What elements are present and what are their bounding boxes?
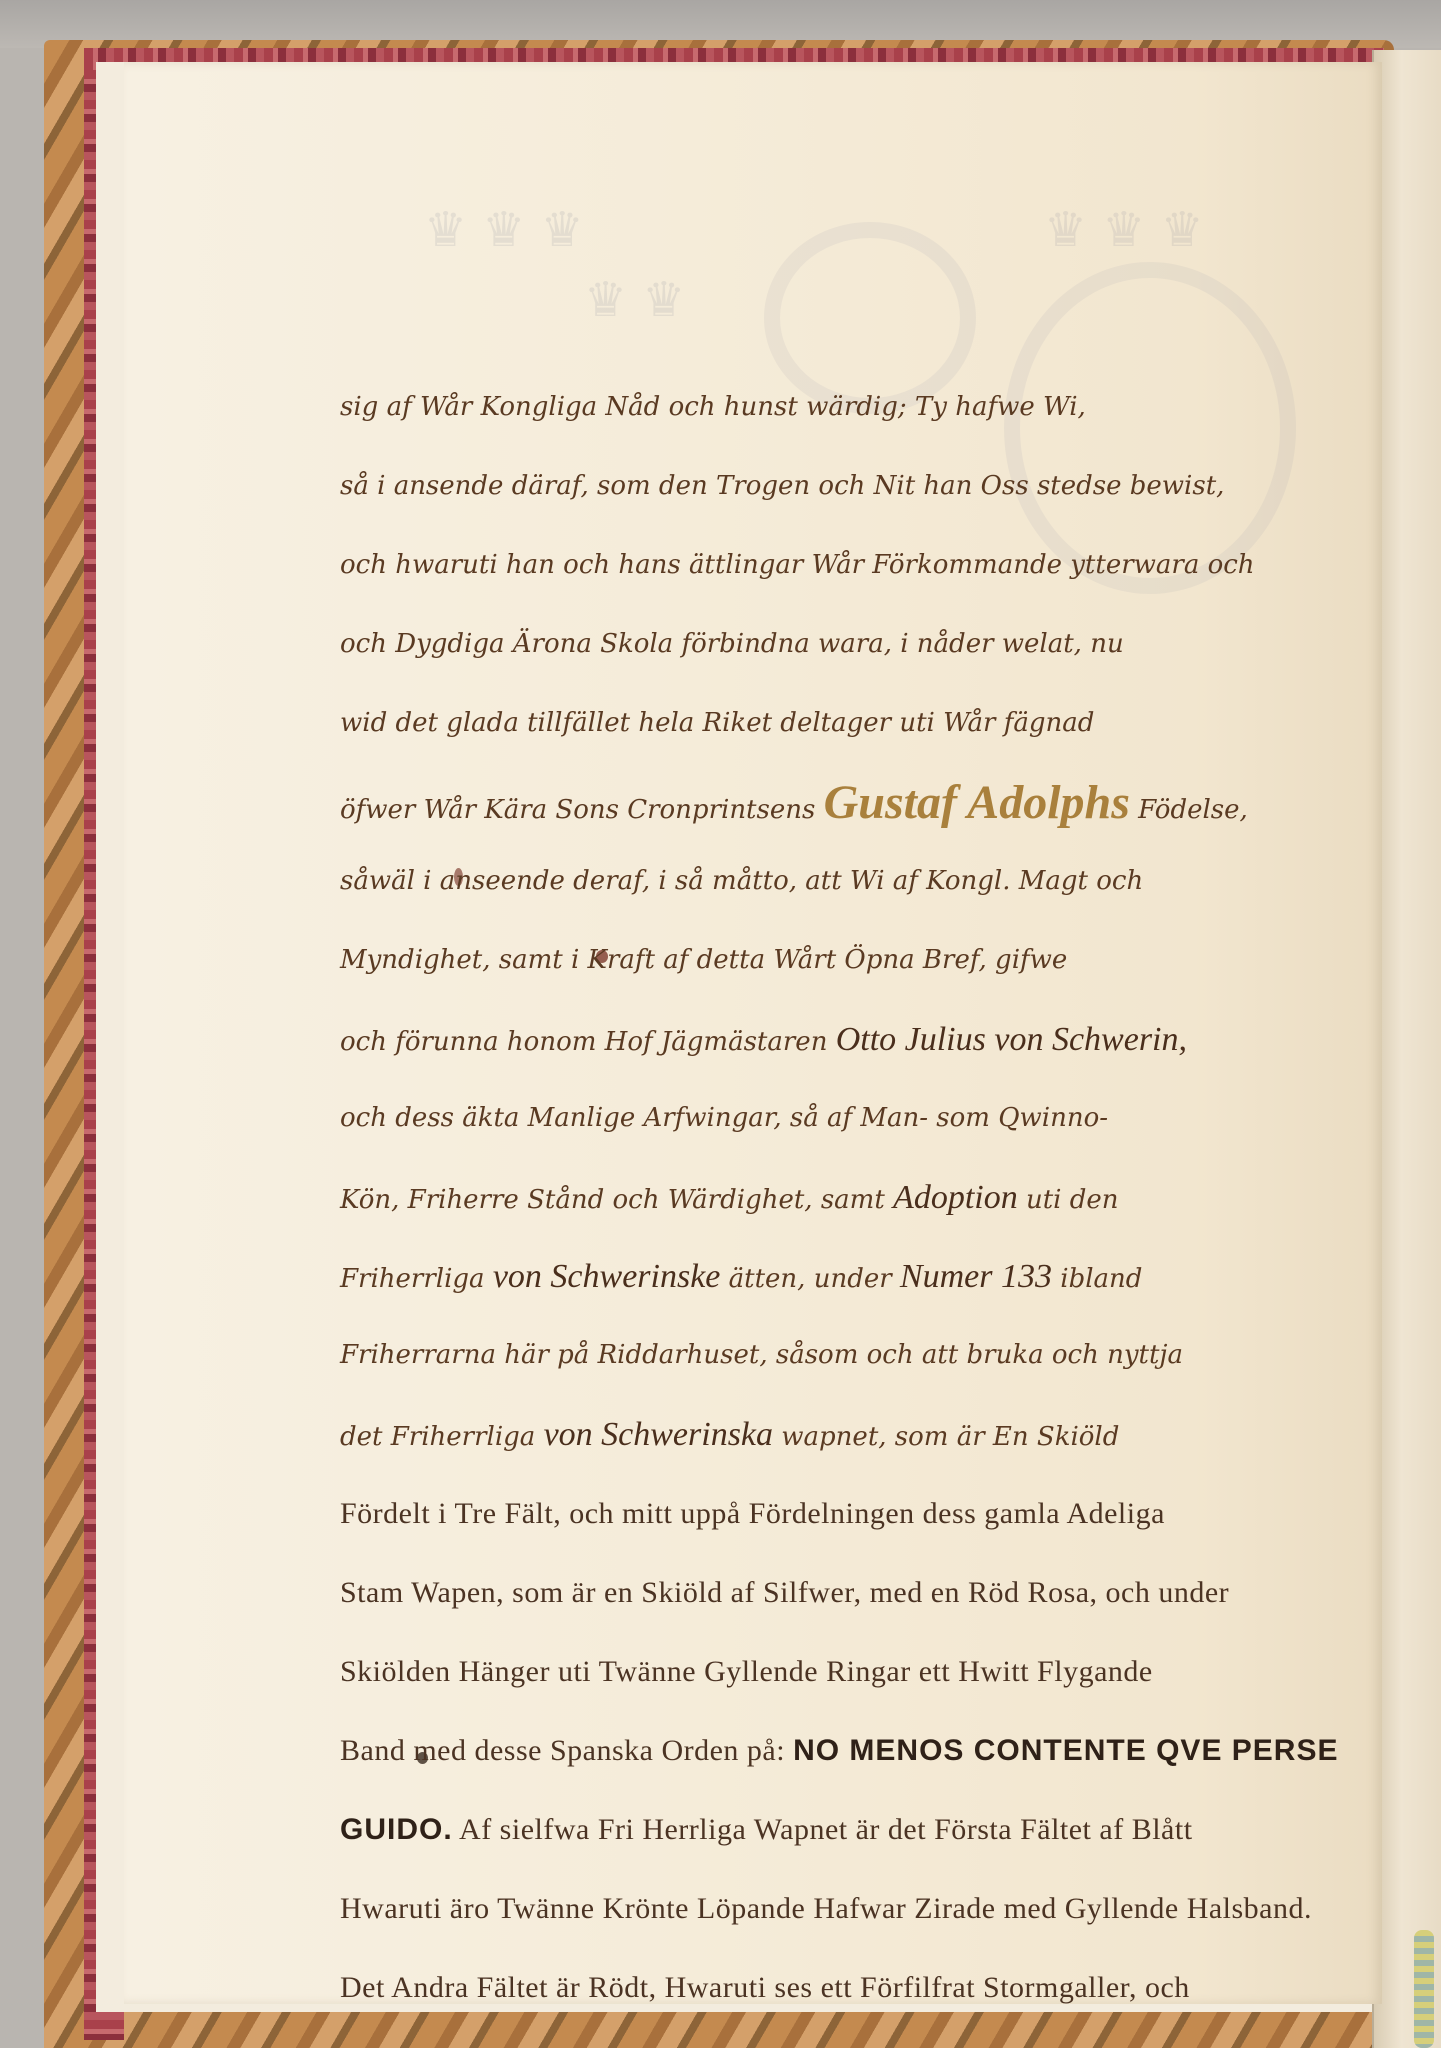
text-line: Band med desse Spanska Orden på: NO MENO… [340, 1711, 1240, 1790]
text-line: Myndighet, samt i Kraft af detta Wårt Öp… [340, 921, 1240, 1000]
text-line: wid det glada tillfället hela Riket delt… [340, 684, 1240, 763]
watermark-crown-icon: ♛ ♛ ♛ [1044, 202, 1204, 258]
line-text: sig af Wår Kongliga Nåd och hunst wärdig… [340, 392, 1086, 422]
text-line: Friherrarna här på Riddarhuset, såsom oc… [340, 1316, 1240, 1395]
line-text: wid det glada tillfället hela Riket delt… [340, 708, 1094, 738]
manuscript-text: sig af Wår Kongliga Nåd och hunst wärdig… [340, 368, 1240, 2027]
line-text: och förunna honom Hof Jägmästaren [340, 1027, 827, 1057]
motto: GUIDO. [340, 1813, 453, 1846]
house-number: Numer 133 [900, 1258, 1052, 1295]
line-text: Skiölden Hänger uti Twänne Gyllende Ring… [340, 1655, 1153, 1688]
line-text: Födelse, [1138, 795, 1248, 825]
family-name: von Schwerinska [544, 1416, 773, 1453]
line-text: det Friherrliga [340, 1422, 535, 1452]
line-text: såwäl i anseende deraf, i så måtto, att … [340, 866, 1143, 896]
adoption-term: Adoption [893, 1179, 1018, 1216]
text-line: såwäl i anseende deraf, i så måtto, att … [340, 842, 1240, 921]
crown-prince-name: Gustaf Adolphs [824, 776, 1130, 829]
line-text: Kön, Friherre Stånd och Wärdighet, samt [340, 1185, 885, 1215]
text-line: Skiölden Hänger uti Twänne Gyllende Ring… [340, 1632, 1240, 1711]
text-line: och dess äkta Manlige Arfwingar, så af M… [340, 1079, 1240, 1158]
text-line: och hwaruti han och hans ättlingar Wår F… [340, 526, 1240, 605]
motto: NO MENOS CONTENTE QVE PERSE [793, 1734, 1338, 1767]
text-line: och Dygdiga Ärona Skola förbindna wara, … [340, 605, 1240, 684]
line-text: Friherrarna här på Riddarhuset, såsom oc… [340, 1340, 1183, 1370]
text-line: sig af Wår Kongliga Nåd och hunst wärdig… [340, 368, 1240, 447]
bookmark-tassel [1414, 1930, 1434, 2048]
line-text: Stam Wapen, som är en Skiöld af Silfwer,… [340, 1576, 1229, 1609]
grantee-name: Otto Julius von Schwerin, [836, 1021, 1187, 1058]
line-text: öfwer Wår Kära Sons Cronprintsens [340, 795, 815, 825]
facing-page-edge [1372, 50, 1441, 2048]
text-line: GUIDO. Af sielfwa Fri Herrliga Wapnet är… [340, 1790, 1240, 1869]
text-line: Hwaruti äro Twänne Krönte Löpande Hafwar… [340, 1869, 1240, 1948]
text-line: Stam Wapen, som är en Skiöld af Silfwer,… [340, 1553, 1240, 1632]
text-line: det Friherrliga von Schwerinska wapnet, … [340, 1395, 1240, 1474]
line-text: wapnet, som är En Skiöld [781, 1422, 1119, 1452]
line-text: Fördelt i Tre Fält, och mitt uppå Fördel… [340, 1497, 1165, 1530]
line-text: ätten, under [729, 1264, 892, 1294]
text-line: öfwer Wår Kära Sons Cronprintsens Gustaf… [340, 763, 1240, 842]
text-line: Det Andra Fältet är Rödt, Hwaruti ses et… [340, 1948, 1240, 2027]
watermark-crown-icon: ♛ ♛ ♛ [424, 202, 584, 258]
text-line: Friherrliga von Schwerinske ätten, under… [340, 1237, 1240, 1316]
watermark-crown-icon: ♛ ♛ [584, 272, 685, 328]
line-text: Det Andra Fältet är Rödt, Hwaruti ses et… [340, 1971, 1190, 2004]
line-text: ibland [1060, 1264, 1142, 1294]
line-text: så i ansende däraf, som den Trogen och N… [340, 471, 1224, 501]
text-line: Kön, Friherre Stånd och Wärdighet, samt … [340, 1158, 1240, 1237]
line-text: Friherrliga [340, 1264, 485, 1294]
line-text: och Dygdiga Ärona Skola förbindna wara, … [340, 629, 1124, 659]
line-text: Myndighet, samt i Kraft af detta Wårt Öp… [340, 945, 1067, 975]
line-text: Band med desse Spanska Orden på: [340, 1734, 785, 1767]
text-line: Fördelt i Tre Fält, och mitt uppå Fördel… [340, 1474, 1240, 1553]
family-name: von Schwerinske [493, 1258, 721, 1295]
text-line: så i ansende däraf, som den Trogen och N… [340, 447, 1240, 526]
line-text: och dess äkta Manlige Arfwingar, så af M… [340, 1103, 1108, 1133]
line-text: Af sielfwa Fri Herrliga Wapnet är det Fö… [459, 1813, 1193, 1846]
line-text: uti den [1026, 1185, 1119, 1215]
text-line: och förunna honom Hof Jägmästaren Otto J… [340, 1000, 1240, 1079]
line-text: Hwaruti äro Twänne Krönte Löpande Hafwar… [340, 1892, 1312, 1925]
line-text: och hwaruti han och hans ättlingar Wår F… [340, 550, 1255, 580]
